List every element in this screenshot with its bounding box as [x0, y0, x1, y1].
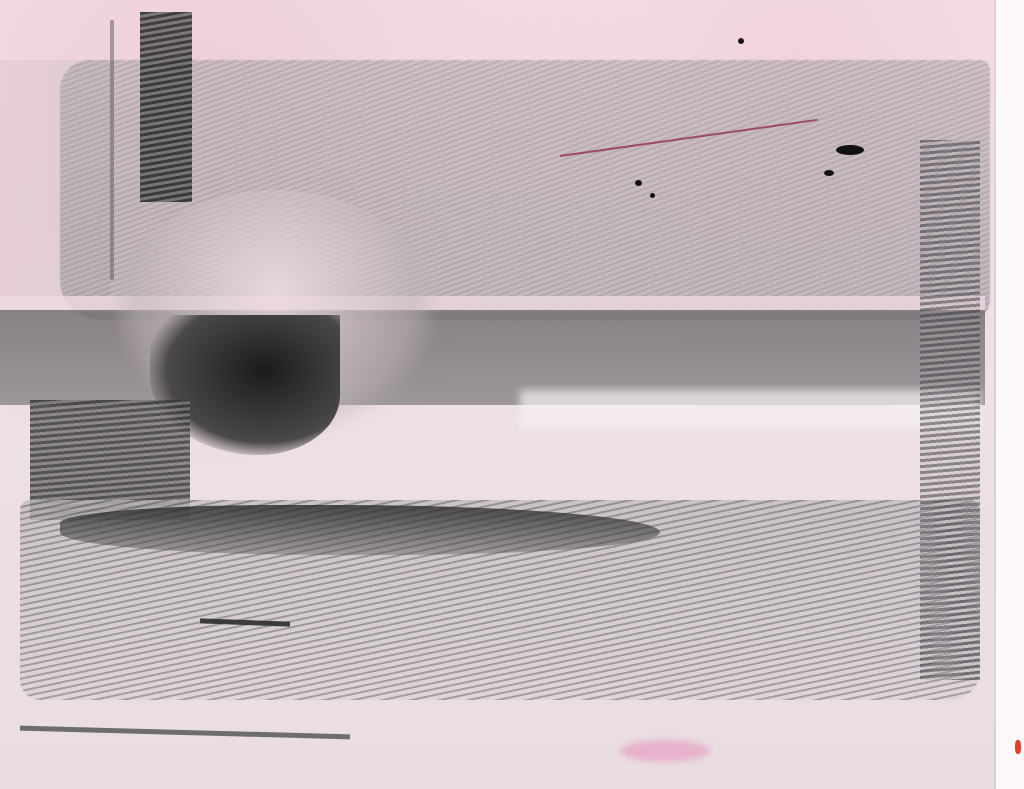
ink-dot: [824, 170, 834, 176]
paper-edge: [994, 0, 996, 789]
dark-floor-shadow: [60, 505, 660, 555]
red-mark: [1015, 740, 1021, 754]
pink-blot: [620, 740, 710, 762]
vertical-line: [110, 20, 114, 280]
ink-dot: [650, 193, 655, 198]
abstract-print-artwork: [0, 0, 1024, 789]
white-streak: [520, 390, 980, 430]
right-texture-column: [920, 140, 980, 680]
dark-vertical-post: [140, 12, 192, 202]
ink-dot: [738, 38, 744, 44]
ink-dot: [635, 180, 642, 186]
ink-dot: [836, 145, 864, 155]
